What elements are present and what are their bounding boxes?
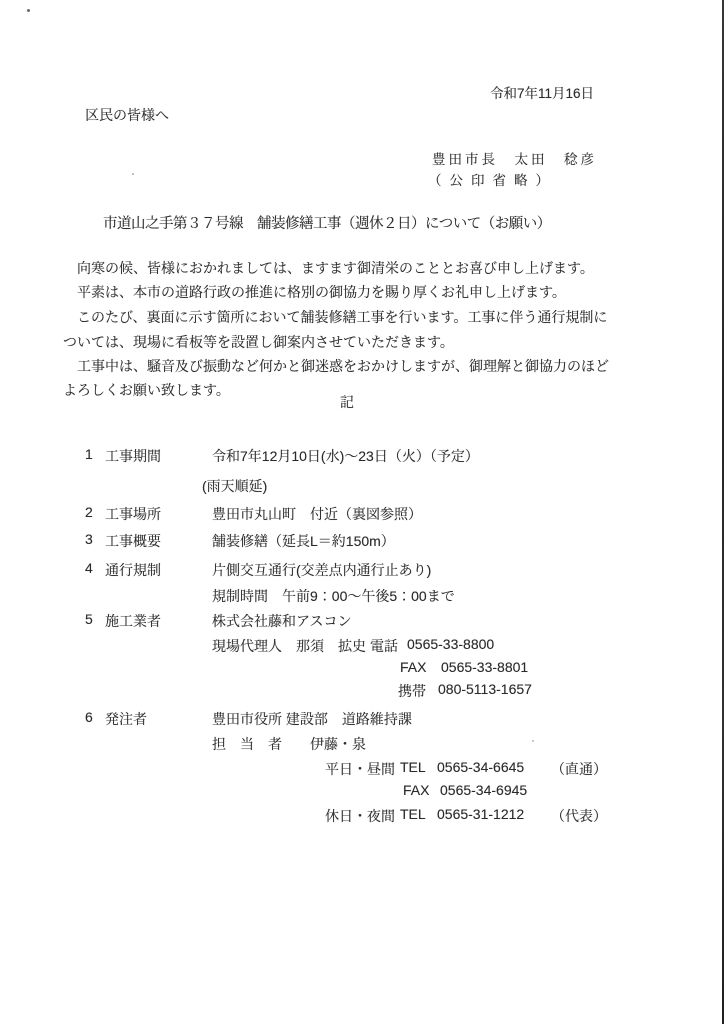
list-row-weekday-tel: 平日・昼間 TEL 0565-34-6645 （直通） <box>0 759 724 781</box>
item-label: 工事概要 <box>105 531 161 551</box>
item-number: 3 <box>85 531 93 547</box>
list-row-contractor: 5 施工業者 株式会社藤和アスコン <box>0 611 724 633</box>
body-line: よろしくお願い致します。 <box>63 381 230 399</box>
item-value: (雨天順延) <box>202 476 267 496</box>
item-value: 片側交互通行(交差点内通行止あり) <box>212 560 431 580</box>
scanned-notice-page: 令和7年11月16日 区民の皆様へ 豊田市長 太田 稔彦 （公印省略） 市道山之… <box>0 0 724 1024</box>
agent-name: 現場代理人 那須 拡史 <box>212 636 366 656</box>
item-value: 豊田市役所 建設部 道路維持課 <box>212 709 412 729</box>
scan-speck <box>27 9 30 12</box>
mobile-number: 080-5113-1657 <box>438 681 532 697</box>
list-row-contractor-mobile: 携帯 080-5113-1657 <box>0 681 724 703</box>
item-value: 株式会社藤和アスコン <box>212 611 351 631</box>
item-label: 通行規制 <box>105 560 161 580</box>
list-row-location: 2 工事場所 豊田市丸山町 付近（裏図参照） <box>0 504 724 526</box>
scan-speck <box>132 173 134 175</box>
list-row-orderer: 6 発注者 豊田市役所 建設部 道路維持課 <box>0 709 724 731</box>
ki-marker: 記 <box>340 393 354 411</box>
item-number: 2 <box>85 504 93 520</box>
item-value: 令和7年12月10日(水)～23日（火）（予定） <box>212 446 479 466</box>
tel-note: （代表） <box>551 806 607 826</box>
tel-label: TEL <box>400 759 426 775</box>
tel-label: TEL <box>400 806 426 822</box>
list-row-holiday-tel: 休日・夜間 TEL 0565-31-1212 （代表） <box>0 806 724 828</box>
item-value: 舗装修繕（延長L＝約150m） <box>212 531 395 551</box>
item-label: 工事期間 <box>105 446 161 466</box>
item-number: 5 <box>85 611 93 627</box>
list-row-regulation: 4 通行規制 片側交互通行(交差点内通行止あり) <box>0 560 724 582</box>
item-number: 1 <box>85 446 93 462</box>
sender-name: 豊田市長 太田 稔彦 <box>432 151 597 169</box>
list-row-period: 1 工事期間 令和7年12月10日(水)～23日（火）（予定） <box>0 446 724 468</box>
tel-note: （直通） <box>551 759 607 779</box>
item-value: 規制時間 午前9：00～午後5：00まで <box>212 586 455 606</box>
item-number: 4 <box>85 560 93 576</box>
body-line: ついては、現場に看板等を設置し御案内させていただきます。 <box>63 333 454 351</box>
list-row-site-agent: 現場代理人 那須 拡史 電話 0565-33-8800 <box>0 636 724 658</box>
phone-label: 電話 <box>370 636 398 656</box>
fax-label: FAX <box>403 782 429 798</box>
item-label: 工事場所 <box>105 504 161 524</box>
body-line: 向寒の候、皆様におかれましては、ますます御清栄のこととお喜び申し上げます。 <box>63 259 594 277</box>
list-row-regulation-time: 規制時間 午前9：00～午後5：00まで <box>0 586 724 608</box>
document-title: 市道山之手第３７号線 舗装修繕工事（週休２日）について（お願い） <box>103 215 551 234</box>
list-row-rain-note: (雨天順延) <box>0 476 724 498</box>
mobile-label: 携帯 <box>398 681 426 701</box>
item-value: 豊田市丸山町 付近（裏図参照） <box>212 504 422 524</box>
item-label: 発注者 <box>105 709 147 729</box>
tel-number: 0565-31-1212 <box>437 806 524 822</box>
fax-number: 0565-33-8801 <box>441 659 528 675</box>
time-label: 平日・昼間 <box>325 759 395 779</box>
phone-number: 0565-33-8800 <box>407 636 494 652</box>
item-value: 担 当 者 伊藤・泉 <box>212 734 366 754</box>
list-row-orderer-fax: FAX 0565-34-6945 <box>0 782 724 804</box>
document-date: 令和7年11月16日 <box>490 85 594 103</box>
fax-label: FAX <box>400 659 426 675</box>
list-row-contractor-fax: FAX 0565-33-8801 <box>0 659 724 681</box>
seal-omitted-note: （公印省略） <box>428 172 557 190</box>
list-row-overview: 3 工事概要 舗装修繕（延長L＝約150m） <box>0 531 724 553</box>
body-line: 工事中は、騒音及び振動など何かと御迷惑をおかけしますが、御理解と御協力のほど <box>63 357 609 375</box>
fax-number: 0565-34-6945 <box>440 782 527 798</box>
salutation: 区民の皆様へ <box>85 106 169 124</box>
body-line: 平素は、本市の道路行政の推進に格別の御協力を賜り厚くお礼申し上げます。 <box>63 283 566 301</box>
tel-number: 0565-34-6645 <box>437 759 524 775</box>
list-row-staff: 担 当 者 伊藤・泉 <box>0 734 724 756</box>
item-label: 施工業者 <box>105 611 161 631</box>
time-label: 休日・夜間 <box>325 806 395 826</box>
item-number: 6 <box>85 709 93 725</box>
body-line: このたび、裏面に示す箇所において舗装修繕工事を行います。工事に伴う通行規制に <box>63 308 607 326</box>
